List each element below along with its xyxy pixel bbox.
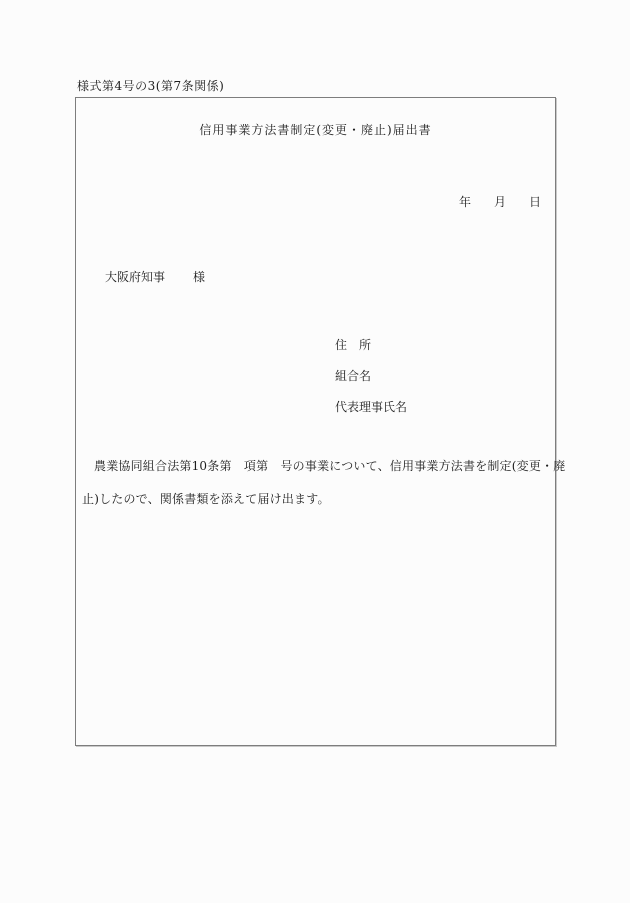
body-paragraph: 農業協同組合法第10条第 項第 号の事業について、信用事業方法書を制定(変更・廃… (82, 450, 555, 516)
year-label: 年 (459, 196, 471, 208)
body-line-2: 止)したので、関係書類を添えて届け出ます。 (82, 483, 555, 516)
notification-form-box: 信用事業方法書制定(変更・廃止)届出書 年 月 日 大阪府知事 様 住 所 組合… (75, 97, 556, 746)
date-line: 年 月 日 (459, 196, 541, 208)
document-title: 信用事業方法書制定(変更・廃止)届出書 (76, 124, 555, 136)
day-label: 日 (529, 196, 541, 208)
signature-block: 住 所 組合名 代表理事氏名 (335, 339, 407, 432)
addressee-honorific: 様 (193, 271, 205, 283)
body-line-1: 農業協同組合法第10条第 項第 号の事業について、信用事業方法書を制定(変更・廃 (82, 450, 555, 483)
organization-name-field-label: 組合名 (335, 370, 407, 382)
document-page: 様式第4号の3(第7条関係) 信用事業方法書制定(変更・廃止)届出書 年 月 日… (0, 0, 630, 903)
form-number-label: 様式第4号の3(第7条関係) (77, 80, 224, 92)
representative-name-field-label: 代表理事氏名 (335, 401, 407, 413)
addressee-line: 大阪府知事 様 (105, 271, 205, 283)
month-label: 月 (494, 196, 506, 208)
addressee-name: 大阪府知事 (105, 271, 165, 283)
address-field-label: 住 所 (335, 339, 407, 351)
